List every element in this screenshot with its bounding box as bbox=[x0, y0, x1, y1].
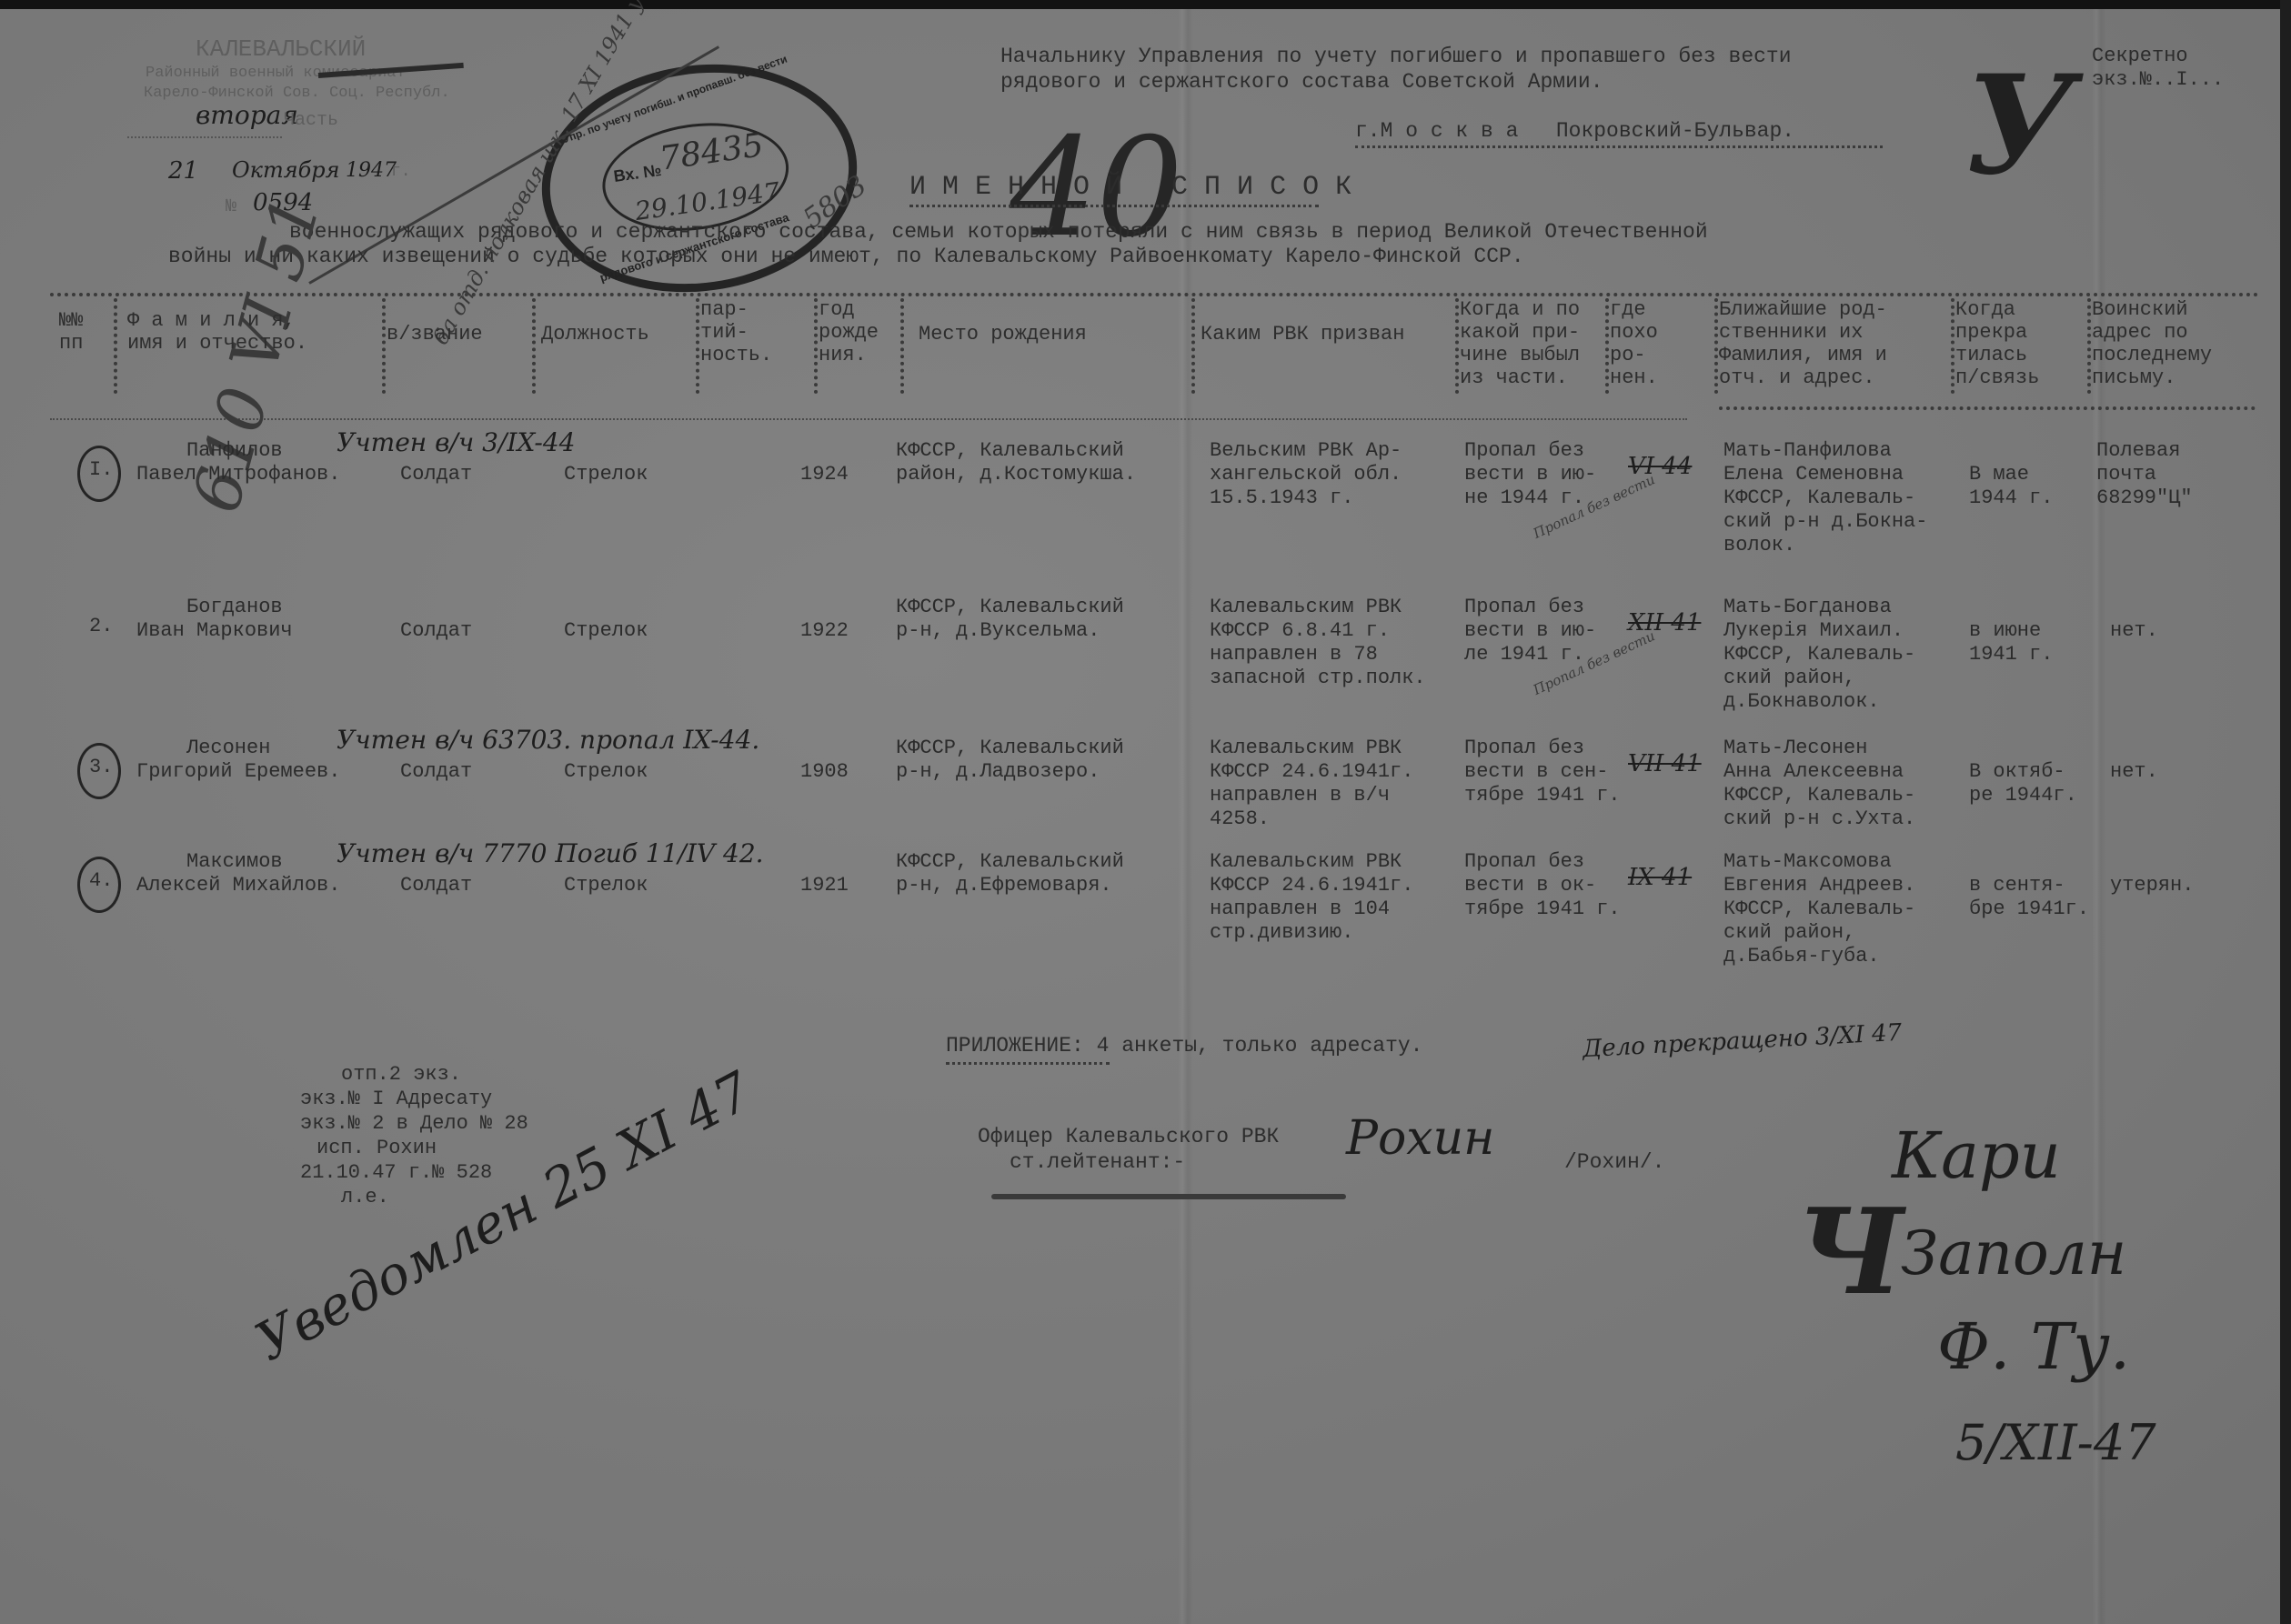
distribution-line: л.е. bbox=[341, 1187, 389, 1208]
distribution-line: 21.10.47 г.№ 528 bbox=[300, 1162, 492, 1184]
secrecy-copy-number: экз.№..І... bbox=[2092, 69, 2224, 91]
addressee-line-1: Начальнику Управления по учету погибшего… bbox=[1000, 45, 1792, 68]
header-column-separator bbox=[532, 298, 536, 394]
row-position: Стрелок bbox=[564, 760, 648, 784]
row-military-address: Полевая почта 68299"Ц" bbox=[2096, 439, 2193, 510]
appendix-handwritten-note: Дело прекращено 3/XI 47 bbox=[1582, 1019, 1902, 1063]
header-burial: где похо ро- нен. bbox=[1610, 298, 1658, 389]
row-military-address: нет. bbox=[2110, 760, 2158, 784]
bottom-right-note-3: Ф. Ту. bbox=[1937, 1309, 2130, 1384]
header-column-separator bbox=[1951, 298, 1954, 394]
row-date-mark: VII 41 bbox=[1628, 750, 1702, 777]
header-lost_contact: Когда прекра тилась п/связь bbox=[1955, 298, 2039, 389]
letterhead-part-handwritten: вторая bbox=[196, 100, 298, 130]
letterhead-org-1: КАЛЕВАЛЬСКИЙ bbox=[196, 36, 366, 63]
row-surname: Лесонен bbox=[186, 737, 270, 760]
handwritten-mark-ch: Ч bbox=[1796, 1182, 1904, 1321]
row-birth-year: 1924 bbox=[800, 463, 849, 486]
bottom-right-note-date: 5/XII-47 bbox=[1955, 1414, 2156, 1471]
part-underline bbox=[127, 136, 282, 138]
scan-right-edge bbox=[2280, 0, 2291, 1624]
header-when_why: Когда и по какой при- чине выбыл из част… bbox=[1460, 298, 1580, 389]
intro-line-2: войны и ни каких извещений о судьбе кото… bbox=[168, 246, 1524, 268]
header-name: Ф а м и л и я, имя и отчество. bbox=[127, 309, 307, 355]
row-surname: Богданов bbox=[186, 596, 283, 619]
row-number: 4. bbox=[89, 869, 113, 893]
row-number: I. bbox=[89, 458, 113, 482]
row-given-name: Алексей Михайлов. bbox=[136, 874, 340, 897]
letterhead-date-day: 21 bbox=[168, 157, 198, 185]
row-birthplace: КФССР, Калевальский р-н, д.Вуксельма. bbox=[896, 596, 1124, 643]
header-rvk: Каким РВК призван bbox=[1201, 323, 1404, 346]
row-handwritten-annotation: Учтен в/ч 7770 Погиб 11/IV 42. bbox=[337, 838, 764, 868]
distribution-line: экз.№ I Адресату bbox=[300, 1088, 492, 1110]
row-relatives: Мать-Богданова Лукерія Михаил. КФССР, Ка… bbox=[1723, 596, 1915, 714]
row-number: 2. bbox=[89, 615, 113, 638]
row-rvk: Калевальским РВК КФССР 24.6.1941г. напра… bbox=[1210, 737, 1413, 831]
header-column-separator bbox=[2087, 298, 2091, 394]
row-rank: Солдат bbox=[400, 463, 472, 486]
header-relatives: Ближайшие род- ственники их Фамилия, имя… bbox=[1719, 298, 1887, 389]
header-party: пар- тий- ность. bbox=[700, 298, 772, 366]
row-position: Стрелок bbox=[564, 619, 648, 643]
signature-title-1: Офицер Калевальского РВК bbox=[978, 1126, 1279, 1148]
header-column-separator bbox=[814, 298, 818, 394]
signature-title-2: ст.лейтенант:- bbox=[1010, 1151, 1185, 1174]
signature-name: /Рохин/. bbox=[1564, 1151, 1664, 1174]
addressee-line-2: рядового и сержантского состава Советско… bbox=[1000, 71, 1603, 94]
row-surname: Максимов bbox=[186, 850, 283, 874]
distribution-line: экз.№ 2 в Дело № 28 bbox=[300, 1113, 528, 1135]
handwritten-mark-u: У bbox=[1964, 45, 2075, 206]
document-page: КАЛЕВАЛЬСКИЙ Районный военный комиссариа… bbox=[0, 9, 2280, 1624]
title-underline bbox=[909, 205, 1319, 207]
header-column-separator bbox=[696, 298, 699, 394]
addressee-underline bbox=[1355, 145, 1883, 148]
row-birth-year: 1908 bbox=[800, 760, 849, 784]
header-num: №№ пп bbox=[59, 309, 83, 355]
row-given-name: Павел Митрофанов. bbox=[136, 463, 340, 486]
row-lost-contact: в июне 1941 г. bbox=[1969, 619, 2053, 667]
letterhead-date-suffix: г. bbox=[391, 164, 411, 182]
row-position: Стрелок bbox=[564, 463, 648, 486]
bottom-right-note-2: Заполн bbox=[1901, 1218, 2126, 1288]
row-date-mark: XII 41 bbox=[1628, 609, 1701, 637]
row-position: Стрелок bbox=[564, 874, 648, 897]
row-when-why: Пропал без вести в ию- не 1944 г. bbox=[1464, 439, 1596, 510]
letterhead-part-label: Часть bbox=[284, 111, 338, 131]
row-date-mark: VI 44 bbox=[1628, 453, 1692, 480]
row-when-why: Пропал без вести в ию- ле 1941 г. bbox=[1464, 596, 1596, 667]
appendix-text: ПРИЛОЖЕНИЕ: 4 анкеты, только адресату. bbox=[946, 1035, 1423, 1058]
document-title: И М Е Н Н О Й С П И С О К bbox=[909, 173, 1351, 203]
letterhead-number-label: № bbox=[226, 197, 236, 217]
header-position: Должность bbox=[541, 323, 649, 346]
row-rank: Солдат bbox=[400, 760, 472, 784]
header-column-separator bbox=[1191, 298, 1195, 394]
row-when-why: Пропал без вести в сен- тябре 1941 г. bbox=[1464, 737, 1621, 807]
row-given-name: Иван Маркович bbox=[136, 619, 293, 643]
row-relatives: Мать-Панфилова Елена Семеновна КФССР, Ка… bbox=[1723, 439, 1927, 557]
row-rvk: Калевальским РВК КФССР 24.6.1941г. напра… bbox=[1210, 850, 1413, 945]
signature-handwritten: Рохин bbox=[1346, 1111, 1494, 1166]
row-birthplace: КФССР, Калевальский район, д.Костомукша. bbox=[896, 439, 1136, 486]
row-birth-year: 1922 bbox=[800, 619, 849, 643]
signature-underline bbox=[991, 1194, 1346, 1199]
secrecy-label: Секретно bbox=[2092, 45, 2188, 67]
header-column-separator bbox=[114, 298, 117, 394]
row-handwritten-annotation: Учтен в/ч 63703. пропал IX-44. bbox=[337, 725, 759, 755]
header-column-separator bbox=[1455, 298, 1459, 394]
row-military-address: утерян. bbox=[2110, 874, 2194, 897]
distribution-line: отп.2 экз. bbox=[341, 1064, 461, 1086]
row-surname: Панфилов bbox=[186, 439, 283, 463]
row-given-name: Григорий Еремеев. bbox=[136, 760, 340, 784]
table-header-rule-left bbox=[50, 418, 1687, 420]
table-header-bottom-rule bbox=[1719, 406, 2256, 410]
row-rank: Солдат bbox=[400, 874, 472, 897]
bottom-right-note-1: Кари bbox=[1892, 1118, 2061, 1193]
row-birthplace: КФССР, Калевальский р-н, д.Ладвозеро. bbox=[896, 737, 1124, 784]
row-when-why: Пропал без вести в ок- тябре 1941 г. bbox=[1464, 850, 1621, 921]
row-handwritten-annotation: Учтен в/ч 3/IX-44 bbox=[337, 427, 576, 457]
row-relatives: Мать-Максомова Евгения Андреев. КФССР, К… bbox=[1723, 850, 1915, 968]
row-date-mark: IX 41 bbox=[1628, 864, 1692, 891]
letterhead-date-year: 1947 bbox=[346, 159, 397, 182]
row-birthplace: КФССР, Калевальский р-н, д.Ефремоваря. bbox=[896, 850, 1124, 897]
letterhead-date-month: Октября bbox=[232, 157, 340, 183]
row-number: 3. bbox=[89, 756, 113, 779]
row-birth-year: 1921 bbox=[800, 874, 849, 897]
row-lost-contact: В мае 1944 г. bbox=[1969, 463, 2053, 510]
row-rvk: Вельским РВК Ар- хангельской обл. 15.5.1… bbox=[1210, 439, 1402, 510]
distribution-line: исп. Рохин bbox=[317, 1138, 437, 1159]
row-rank: Солдат bbox=[400, 619, 472, 643]
header-column-separator bbox=[900, 298, 904, 394]
header-birthplace: Место рождения bbox=[919, 323, 1087, 346]
header-rank: в/звание bbox=[387, 323, 483, 346]
addressee-line-3: г.М о с к в а Покровский-Бульвар. bbox=[1355, 120, 1794, 143]
row-lost-contact: В октяб- ре 1944г. bbox=[1969, 760, 2077, 807]
appendix-underline bbox=[946, 1062, 1110, 1065]
row-relatives: Мать-Лесонен Анна Алексеевна КФССР, Кале… bbox=[1723, 737, 1915, 831]
row-military-address: нет. bbox=[2110, 619, 2158, 643]
header-column-separator bbox=[1714, 298, 1718, 394]
row-lost-contact: в сентя- бре 1941г. bbox=[1969, 874, 2089, 921]
header-birth_year: год рожде ния. bbox=[819, 298, 879, 366]
header-column-separator bbox=[1605, 298, 1609, 394]
row-rvk: Калевальским РВК КФССР 6.8.41 г. направл… bbox=[1210, 596, 1426, 690]
header-column-separator bbox=[382, 298, 386, 394]
header-address: Воинский адрес по последнему письму. bbox=[2092, 298, 2212, 389]
table-top-rule bbox=[50, 293, 2260, 296]
